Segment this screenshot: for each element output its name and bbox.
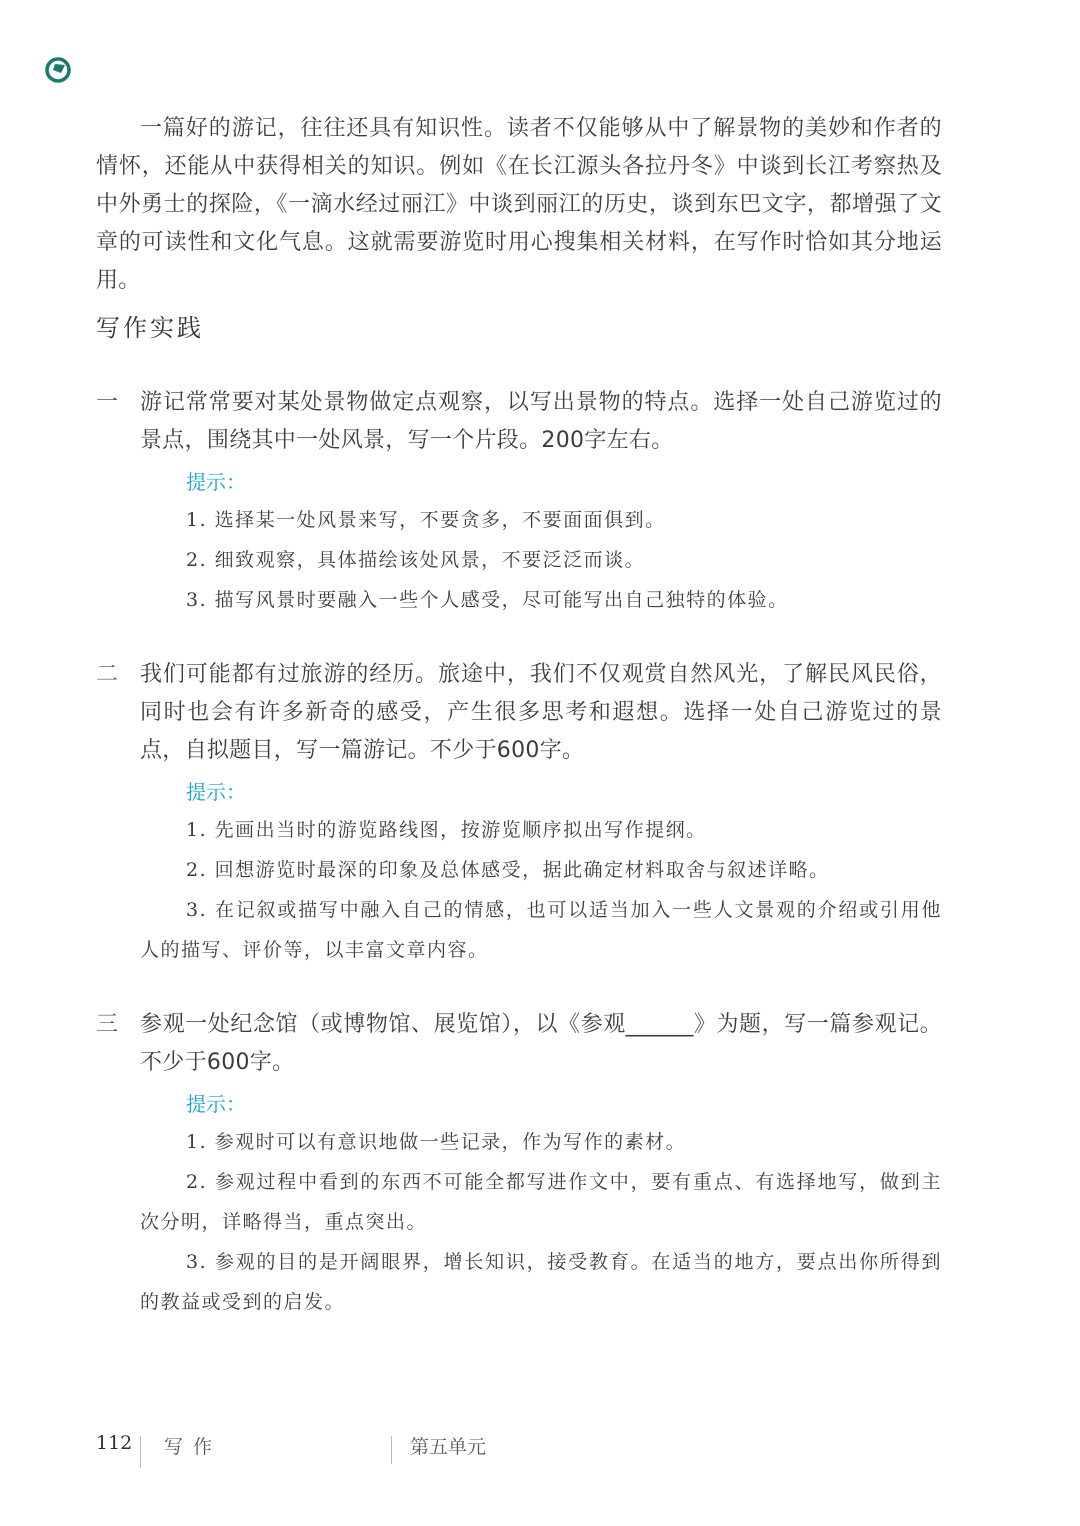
footer-section: 写作	[164, 1432, 222, 1459]
hint-item: 1. 选择某一处风景来写，不要贪多，不要面面俱到。	[140, 500, 942, 540]
task-number: 一	[96, 384, 118, 422]
footer-unit: 第五单元	[410, 1432, 486, 1459]
hint-item: 1. 先画出当时的游览路线图，按游览顺序拟出写作提纲。	[140, 810, 942, 850]
task-3: 三 参观一处纪念馆（或博物馆、展览馆），以《参观______》为题，写一篇参观记…	[96, 1006, 942, 1322]
hint-label: 提示：	[186, 1086, 942, 1122]
section-title: 写作实践	[96, 308, 204, 343]
task-2: 二 我们可能都有过旅游的经历。旅途中，我们不仅观赏自然风光，了解民风民俗，同时也…	[96, 656, 942, 970]
pen-circle-icon	[45, 57, 71, 83]
task-text: 参观一处纪念馆（或博物馆、展览馆），以《参观______》为题，写一篇参观记。不…	[140, 1006, 942, 1082]
hint-item: 3. 在记叙或描写中融入自己的情感，也可以适当加入一些人文景观的介绍或引用他人的…	[140, 890, 942, 970]
hint-item: 1. 参观时可以有意识地做一些记录，作为写作的素材。	[140, 1122, 942, 1162]
hint-label: 提示：	[186, 464, 942, 500]
page-footer: 112 写作 第五单元	[96, 1432, 596, 1468]
task-1: 一 游记常常要对某处景物做定点观察，以写出景物的特点。选择一处自己游览过的景点，…	[96, 384, 942, 620]
task-text: 游记常常要对某处景物做定点观察，以写出景物的特点。选择一处自己游览过的景点，围绕…	[140, 384, 942, 460]
hint-item: 2. 细致观察，具体描绘该处风景，不要泛泛而谈。	[140, 540, 942, 580]
task-number: 二	[96, 656, 118, 694]
hint-item: 2. 回想游览时最深的印象及总体感受，据此确定材料取舍与叙述详略。	[140, 850, 942, 890]
intro-paragraph: 一篇好的游记，往往还具有知识性。读者不仅能够从中了解景物的美妙和作者的情怀，还能…	[96, 110, 942, 300]
hint-item: 3. 描写风景时要融入一些个人感受，尽可能写出自己独特的体验。	[140, 580, 942, 620]
page-number: 112	[96, 1432, 132, 1454]
hint-label: 提示：	[186, 774, 942, 810]
task-number: 三	[96, 1006, 118, 1044]
hint-item: 2. 参观过程中看到的东西不可能全都写进作文中，要有重点、有选择地写，做到主次分…	[140, 1162, 942, 1242]
task-text: 我们可能都有过旅游的经历。旅途中，我们不仅观赏自然风光，了解民风民俗，同时也会有…	[140, 656, 942, 770]
divider	[391, 1436, 392, 1464]
divider	[140, 1436, 141, 1468]
hint-item: 3. 参观的目的是开阔眼界，增长知识，接受教育。在适当的地方，要点出你所得到的教…	[140, 1242, 942, 1322]
